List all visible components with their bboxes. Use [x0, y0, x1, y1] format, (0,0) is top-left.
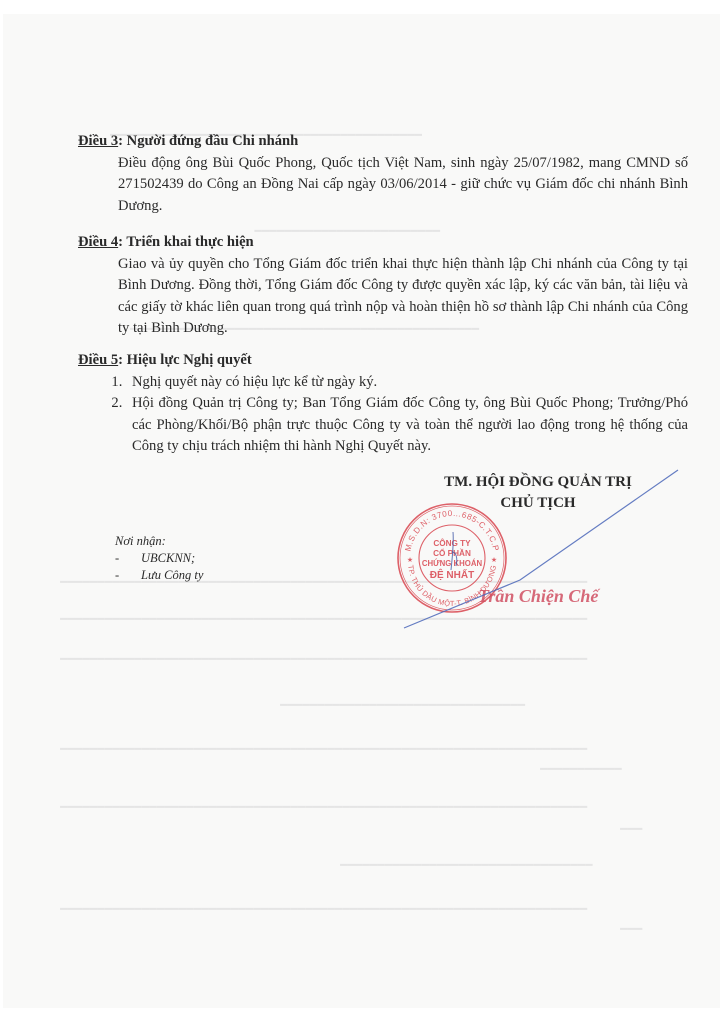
article-4: Điều 4: Triển khai thực hiện Giao và ủy …: [78, 232, 688, 340]
article-5-heading: Điều 5: Hiệu lực Nghị quyết: [78, 350, 688, 372]
svg-text:ĐỆ NHẤT: ĐỆ NHẤT: [430, 568, 474, 581]
article-3-body: Điều động ông Bùi Quốc Phong, Quốc tịch …: [78, 153, 688, 218]
on-behalf-title: TM. HỘI ĐỒNG QUẢN TRỊ: [408, 472, 668, 493]
recipients: Nơi nhận: -UBCKNN; -Lưu Công ty: [115, 533, 203, 584]
article-4-body: Giao và ủy quyền cho Tổng Giám đốc triển…: [78, 254, 688, 340]
article-4-heading: Điều 4: Triển khai thực hiện: [78, 232, 688, 254]
article-5-list: Nghị quyết này có hiệu lực kể từ ngày ký…: [78, 372, 688, 458]
svg-text:★: ★: [407, 556, 413, 564]
article-5: Điều 5: Hiệu lực Nghị quyết Nghị quyết n…: [78, 350, 688, 458]
svg-text:★: ★: [491, 556, 497, 564]
list-item: Hội đồng Quản trị Công ty; Ban Tổng Giám…: [126, 393, 688, 458]
recipients-label: Nơi nhận:: [115, 533, 203, 550]
article-3-heading: Điều 3: Người đứng đầu Chi nhánh: [78, 131, 688, 153]
recipient-item: -Lưu Công ty: [115, 567, 203, 584]
svg-text:CÔNG TY: CÔNG TY: [433, 537, 471, 548]
article-3: Điều 3: Người đứng đầu Chi nhánh Điều độ…: [78, 131, 688, 217]
list-item: Nghị quyết này có hiệu lực kể từ ngày ký…: [126, 372, 688, 394]
signer-name: Trần Chiện Chế: [478, 586, 598, 607]
recipient-item: -UBCKNN;: [115, 550, 203, 567]
